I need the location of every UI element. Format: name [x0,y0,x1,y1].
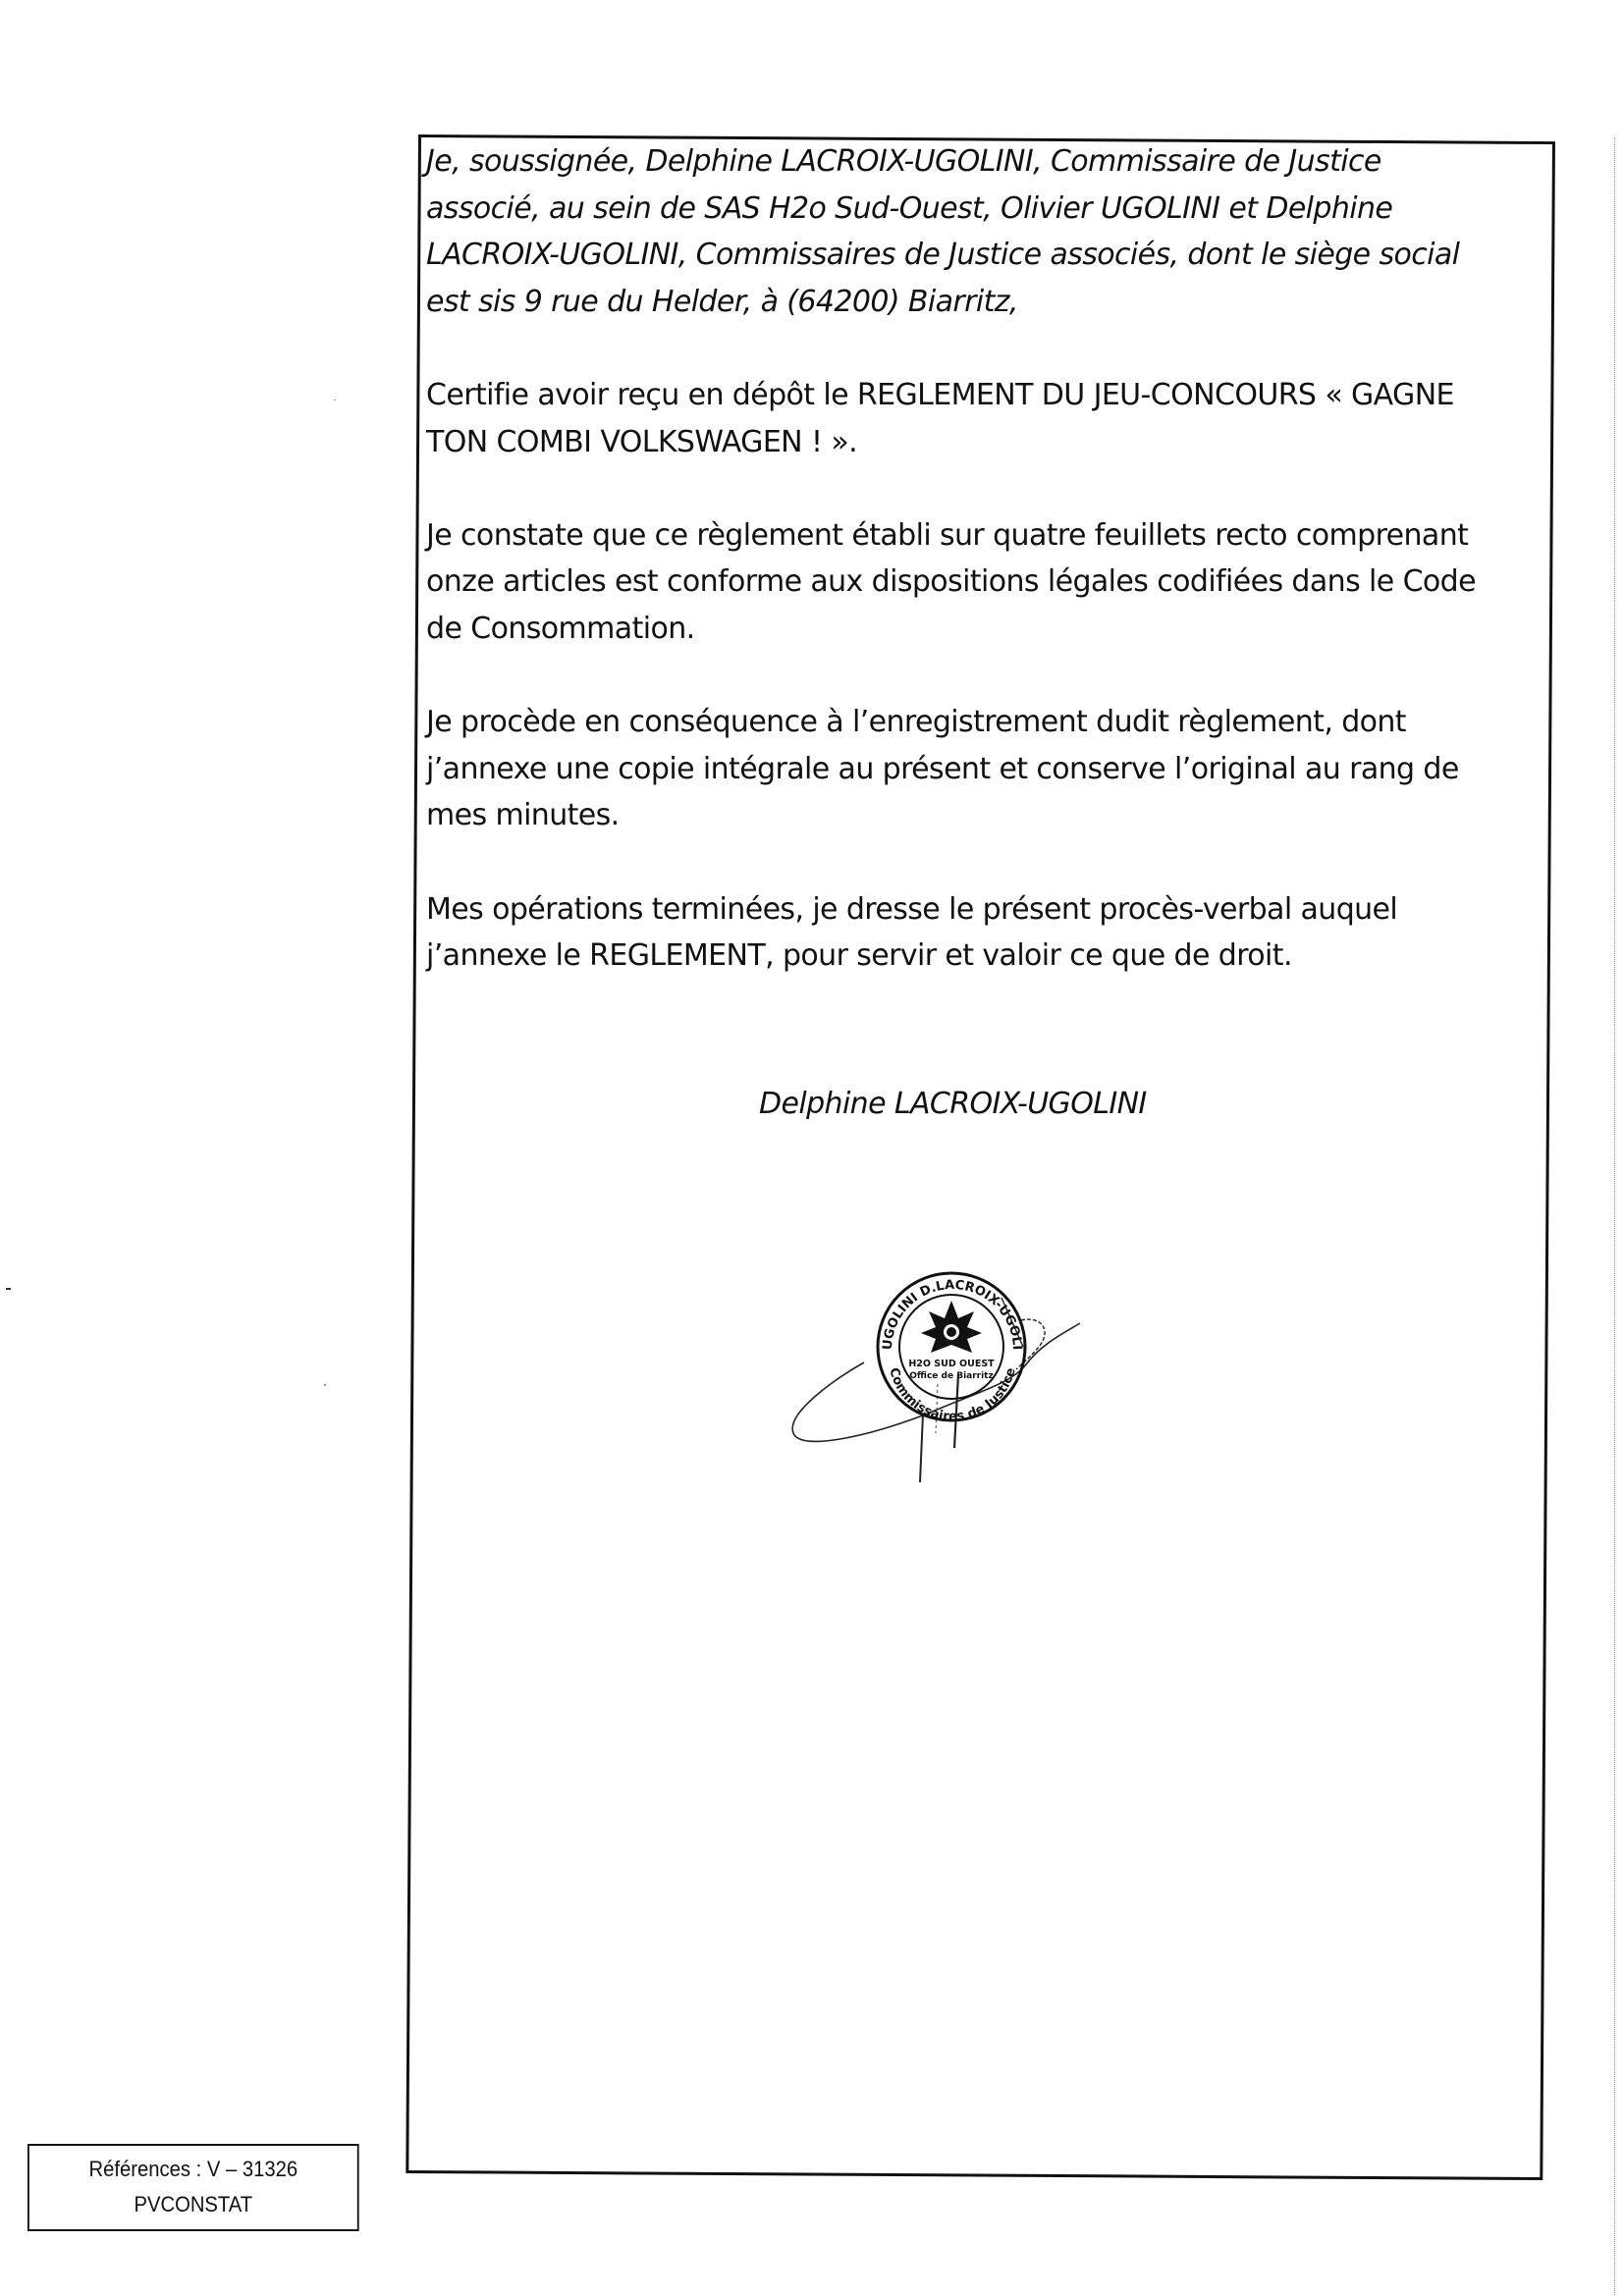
document-line: onze articles est conforme aux dispositi… [426,567,1476,597]
references-box: Références : V – 31326 PVCONSTAT [27,2144,359,2231]
document-line: Je procède en conséquence à l’enregistre… [426,708,1406,737]
scan-edge-dotted-line [1614,137,1615,2296]
document-line: mes minutes. [426,801,620,830]
svg-text:Office de Biarritz: Office de Biarritz [909,1371,993,1381]
scan-speck [334,400,336,400]
svg-text:H2O SUD OUEST: H2O SUD OUEST [908,1359,995,1369]
document-line: j’annexe une copie intégrale au présent … [426,755,1459,784]
document-line: TON COMBI VOLKSWAGEN ! ». [426,428,857,457]
document-line: Je constate que ce règlement établi sur … [426,521,1468,551]
scan-speck [6,1288,11,1290]
document-line: LACROIX-UGOLINI, Commissaires de Justice… [426,240,1459,270]
document-line: de Consommation. [426,614,695,644]
references-type: PVCONSTAT [29,2187,357,2222]
document-line: j’annexe le REGLEMENT, pour servir et va… [426,941,1292,971]
scan-speck [324,1384,326,1386]
official-seal-icon: O.UGOLINI D.LACROIX-UGOLINI Commissaires… [776,1261,1100,1497]
document-line: est sis 9 rue du Helder, à (64200) Biarr… [426,288,1018,317]
document-line: Mes opérations terminées, je dresse le p… [426,895,1397,925]
document-line: Certifie avoir reçu en dépôt le REGLEMEN… [426,381,1454,410]
references-number: Références : V – 31326 [29,2152,357,2187]
document-line: associé, au sein de SAS H2o Sud-Ouest, O… [426,194,1392,224]
signatory-name: Delphine LACROIX-UGOLINI [759,1087,1147,1121]
document-line: Je, soussignée, Delphine LACROIX-UGOLINI… [426,147,1381,177]
